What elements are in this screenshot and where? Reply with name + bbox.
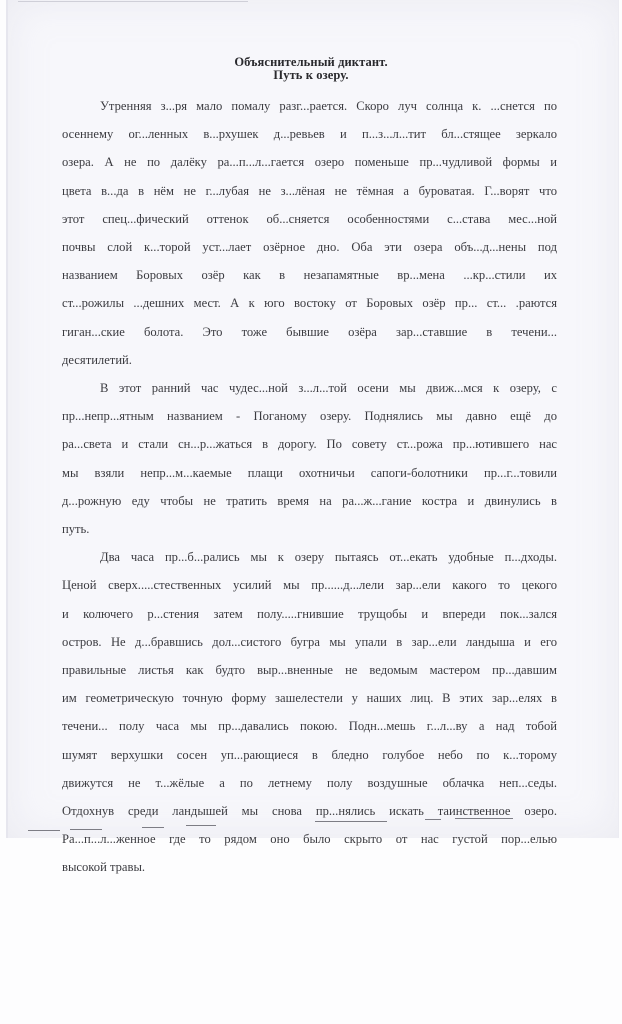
text-line: ст...рожилы ...дешних мест. А к юго вост… [62, 289, 557, 317]
paragraph-1: Утренняя з...ря мало помалу разг...раетс… [62, 92, 557, 374]
text-line: течени... полу часа мы пр...давались пок… [62, 712, 557, 740]
text-line: В этот ранний час чудес...ной з...л...то… [62, 374, 557, 402]
text-line: правильные листья как будто выр...вненны… [62, 656, 557, 684]
text-line: им геометрическую точную форму зашелесте… [62, 684, 557, 712]
text-line: гиган...ские болота. Это тоже бывшие озё… [62, 318, 557, 346]
text-line: шумят верхушки сосен уп...рающиеся в бле… [62, 741, 557, 769]
text-line: десятилетий. [62, 346, 557, 374]
text-line: Утренняя з...ря мало помалу разг...раетс… [62, 92, 557, 120]
text-line: мы взяли непр...м...каемые плащи охотнич… [62, 459, 557, 487]
paragraph-3: Два часа пр...б...рались мы к озеру пыта… [62, 543, 557, 881]
document-body: Утренняя з...ря мало помалу разг...раетс… [62, 92, 557, 882]
text-line: и колючего р...стения затем полу.....гни… [62, 600, 557, 628]
text-line: путь. [62, 515, 557, 543]
text-line: высокой травы. [62, 853, 557, 881]
text-line: ра...света и стали сн...р...жаться в дор… [62, 430, 557, 458]
text-line: этот спец...фический оттенок об...сняетс… [62, 205, 557, 233]
text-line: движутся не т...жёлые а по летнему полу … [62, 769, 557, 797]
text-line: Ценой сверх.....стественных усилий мы пр… [62, 571, 557, 599]
document-header: Объяснительный диктант. Путь к озеру. [0, 56, 622, 82]
paragraph-2: В этот ранний час чудес...ной з...л...то… [62, 374, 557, 543]
text-line: пр...непр...ятным названием - Поганому о… [62, 402, 557, 430]
text-line: д...рожную еду чтобы не тратить время на… [62, 487, 557, 515]
text-line: Отдохнув среди ландышей мы снова пр...ня… [62, 797, 557, 825]
scan-edge-line [18, 1, 248, 2]
text-line: остров. Не д...бравшись дол...систого бу… [62, 628, 557, 656]
text-line: озера. А не по далёку ра...п...л...гаетс… [62, 148, 557, 176]
text-line: названием Боровых озёр как в незапамятны… [62, 261, 557, 289]
document-subtitle: Путь к озеру. [0, 69, 622, 82]
text-line: осеннему ог...ленных в...рхушек д...ревь… [62, 120, 557, 148]
text-line: Ра...п...л...женное где то рядом оно был… [62, 825, 557, 853]
text-line: цвета в...да в нём не г...лубая не з...л… [62, 177, 557, 205]
text-line: почвы слой к...торой уст...лает озёрное … [62, 233, 557, 261]
text-line: Два часа пр...б...рались мы к озеру пыта… [62, 543, 557, 571]
